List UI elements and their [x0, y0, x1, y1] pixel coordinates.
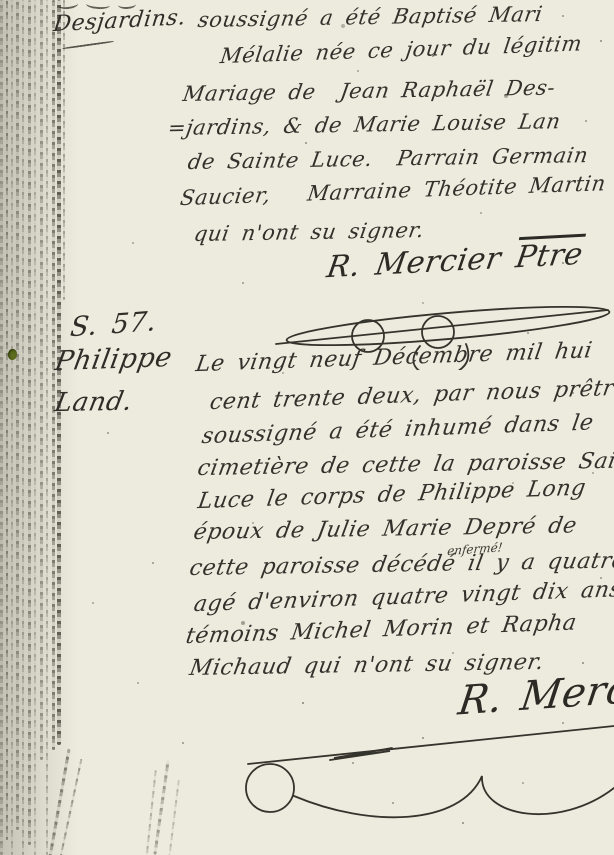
binding-streak — [28, 0, 31, 845]
record2-line: époux de Julie Marie Depré de — [192, 513, 579, 545]
binding-streak — [168, 780, 179, 855]
paper-specks — [0, 0, 2, 2]
binding-streak — [46, 0, 48, 855]
record1-line: Mélalie née ce jour du légitim — [219, 31, 584, 68]
binding-streak — [34, 0, 36, 855]
register-page: Desjardins. S. 57. Philippe Land. soussi… — [0, 0, 614, 855]
green-stain — [8, 349, 17, 360]
record1-line: =jardins, & de Marie Louise Lan — [166, 109, 562, 140]
binding-streak — [22, 0, 24, 855]
binding-streak — [63, 0, 65, 300]
record1-line: soussigné a été Baptisé Mari — [196, 2, 544, 32]
binding-streak — [11, 0, 13, 855]
binding-streak — [0, 0, 3, 855]
record2-line: Luce le corps de Philippe Long — [196, 475, 588, 514]
record2-line: témoins Michel Morin et Rapha — [184, 610, 579, 649]
signature-title: Ptre — [513, 237, 585, 276]
margin-note-philippe: Philippe — [52, 342, 174, 377]
signature-flourish — [230, 718, 614, 830]
record1-line: Saucier, Marraine Théotite Martin — [179, 171, 608, 210]
priest-signature-record1: R. Mercier Ptre — [324, 237, 585, 286]
signature-name: R. Mercier — [324, 241, 503, 285]
record1-line: de Sainte Luce. Parrain Germain — [186, 143, 590, 174]
record2-line: cent trente deux, par nous prêtre — [208, 375, 614, 415]
margin-note-record-number: S. 57. — [69, 306, 158, 343]
record1-line: Mariage de Jean Raphaël Des- — [181, 76, 557, 107]
record1-line: qui n'ont su signer. — [192, 218, 426, 246]
record2-line: cette paroisse décédé il y a quatre jou — [188, 548, 614, 582]
margin-note-land: Land. — [52, 387, 135, 418]
record2-line: soussigné a été inhumé dans le — [200, 410, 595, 449]
binding-streak — [6, 0, 8, 840]
binding-streak — [16, 0, 19, 830]
binding-streak — [40, 0, 43, 760]
